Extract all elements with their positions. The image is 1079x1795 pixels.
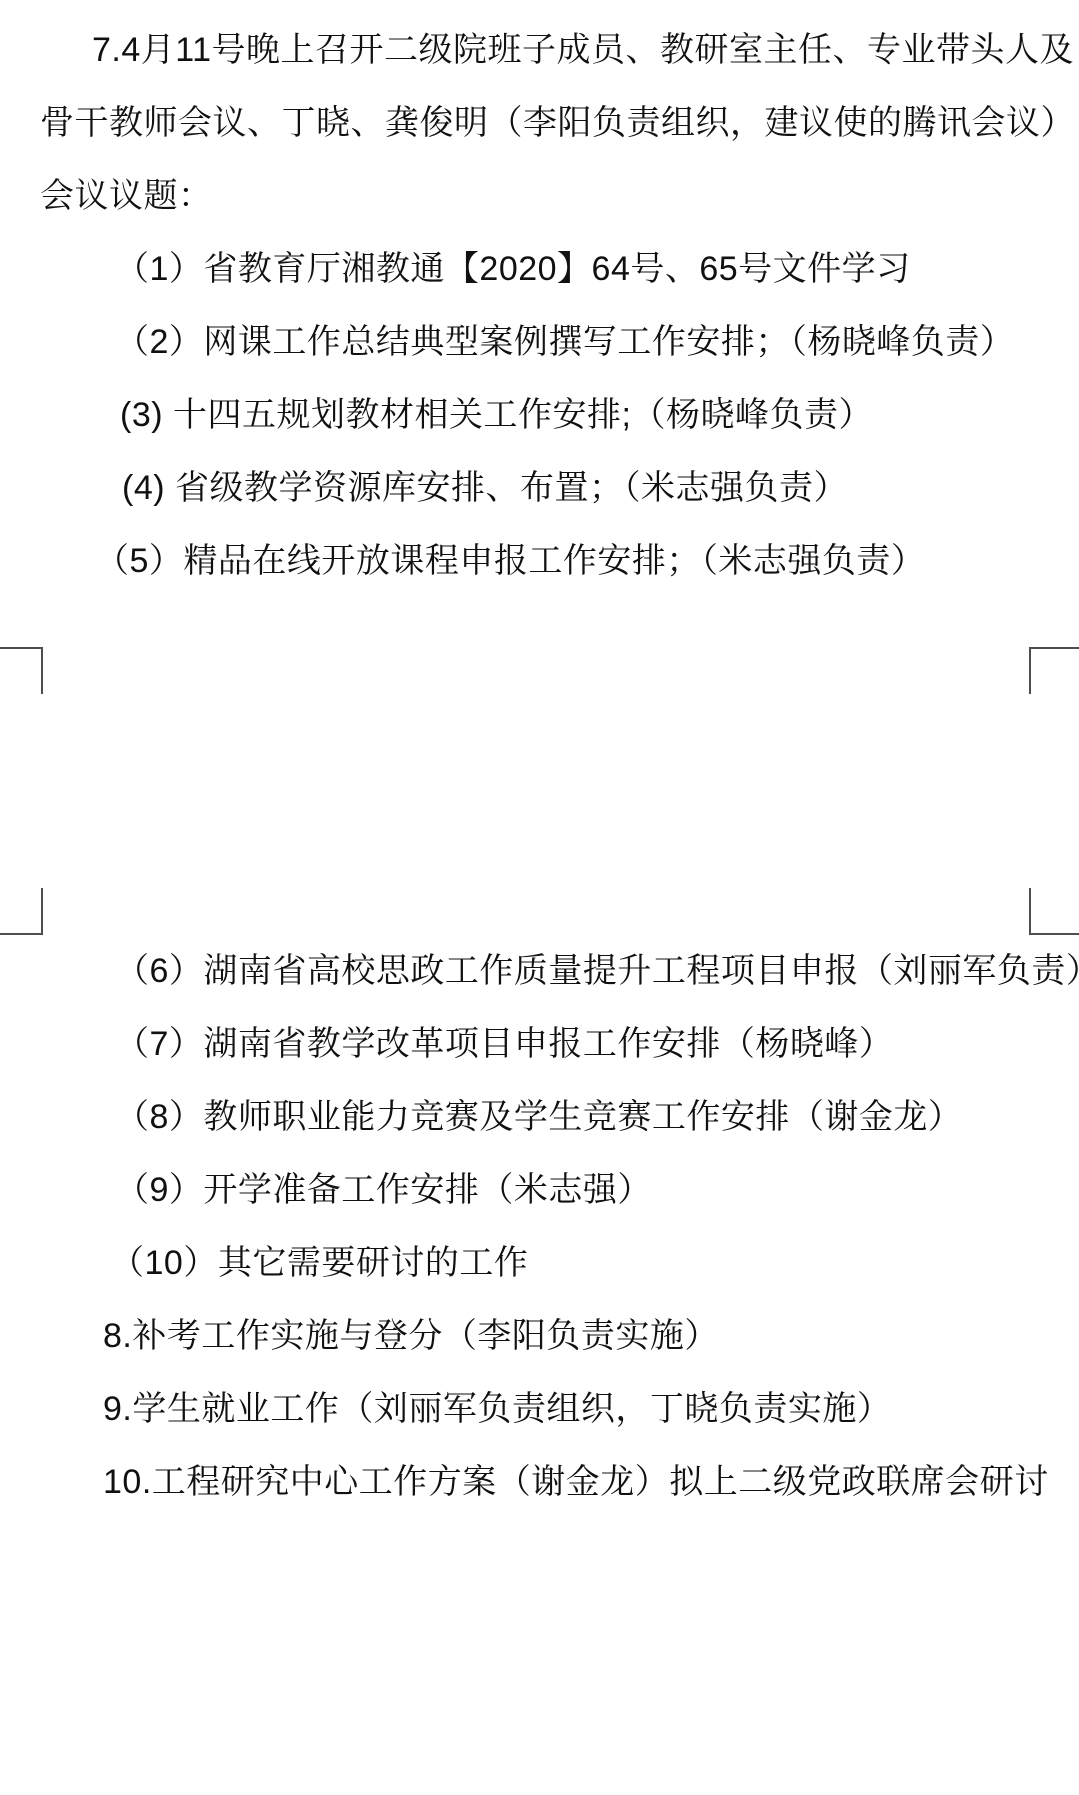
document-page: 7.4月11号晚上召开二级院班子成员、教研室主任、专业带头人及 骨干教师会议、丁… [0, 0, 1079, 1795]
agenda-item-8: （8）教师职业能力竞赛及学生竞赛工作安排（谢金龙） [115, 1081, 962, 1154]
agenda-item-7: （7）湖南省教学改革项目申报工作安排（杨晓峰） [115, 1008, 893, 1081]
text-boundary-mark-bottom-right [1029, 888, 1079, 935]
topic-8-line: 8.补考工作实施与登分（李阳负责实施） [103, 1300, 719, 1373]
agenda-item-4: (4) 省级教学资源库安排、布置；（米志强负责） [122, 452, 848, 525]
agenda-item-9: （9）开学准备工作安排（米志强） [115, 1154, 652, 1227]
agenda-item-3: (3) 十四五规划教材相关工作安排;（杨晓峰负责） [120, 379, 873, 452]
topic-10-line: 10.工程研究中心工作方案（谢金龙）拟上二级党政联席会研讨 [103, 1446, 1049, 1519]
topic-9-line: 9.学生就业工作（刘丽军负责组织，丁晓负责实施） [103, 1373, 891, 1446]
intro-line-2: 骨干教师会议、丁晓、龚俊明（李阳负责组织，建议使的腾讯会议） [40, 87, 1075, 160]
text-boundary-mark-bottom-left [0, 888, 43, 935]
agenda-item-6: （6）湖南省高校思政工作质量提升工程项目申报（刘丽军负责） [115, 935, 1079, 1008]
agenda-heading: 会议议题： [40, 160, 213, 233]
intro-line-1: 7.4月11号晚上召开二级院班子成员、教研室主任、专业带头人及 [92, 14, 1074, 87]
agenda-item-5: （5）精品在线开放课程申报工作安排；（米志强负责） [95, 525, 925, 598]
agenda-item-1: （1）省教育厅湘教通【2020】64号、65号文件学习 [115, 233, 911, 306]
agenda-item-10: （10）其它需要研讨的工作 [110, 1227, 528, 1300]
agenda-item-2: （2）网课工作总结典型案例撰写工作安排；（杨晓峰负责） [115, 306, 1014, 379]
text-boundary-mark-top-left [0, 647, 43, 694]
text-boundary-mark-top-right [1029, 647, 1079, 694]
